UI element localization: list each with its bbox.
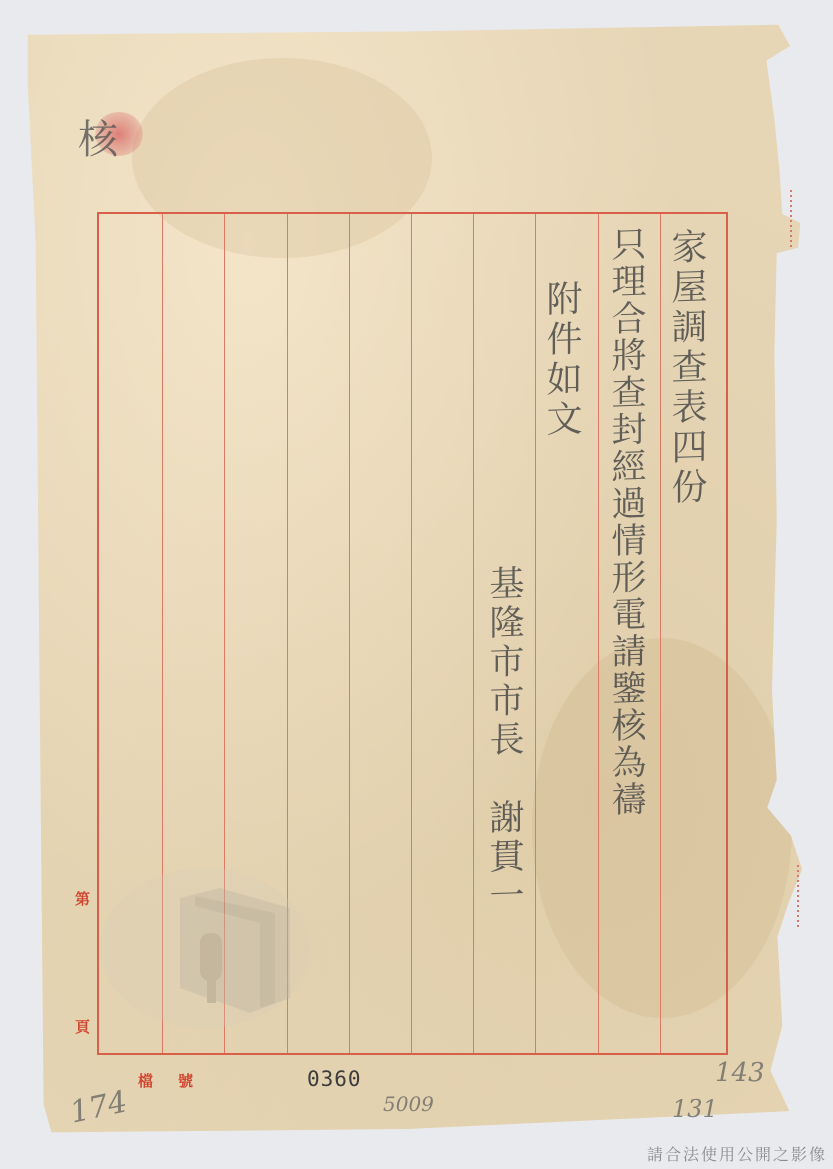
grid-column-line <box>411 214 412 1053</box>
archive-number: 0360 <box>307 1067 362 1091</box>
grid-column-line <box>473 214 474 1053</box>
grid-column-line <box>349 214 350 1053</box>
usage-notice: 請合法使用公開之影像 <box>647 1142 827 1165</box>
pencil-note-bottom-right-2: 131 <box>672 1095 718 1123</box>
handwritten-line-1: 家屋調查表四份 <box>668 227 704 508</box>
handwritten-line-2: 只理合將查封經過情形電請鑒核為禱 <box>608 225 643 818</box>
archive-watermark-logo <box>100 868 310 1038</box>
page-label-prefix: 第 <box>75 888 90 909</box>
torn-edge-perforation <box>790 190 792 250</box>
file-label-char-1: 檔 <box>138 1070 153 1091</box>
torn-edge-perforation <box>797 865 799 930</box>
grid-column-line <box>660 214 661 1053</box>
corner-approval-mark: 核 <box>78 108 118 165</box>
signature-line: 基隆市市長 謝貫一 <box>486 564 521 916</box>
grid-column-line <box>598 214 599 1053</box>
pencil-note-bottom-right-1: 143 <box>715 1058 765 1088</box>
handwritten-line-3: 附件如文 <box>543 279 579 440</box>
grid-column-line <box>535 214 536 1053</box>
page-label-suffix: 頁 <box>75 1016 90 1037</box>
file-label-char-2: 號 <box>178 1070 193 1091</box>
pencil-note-bottom-center: 5009 <box>383 1092 434 1116</box>
